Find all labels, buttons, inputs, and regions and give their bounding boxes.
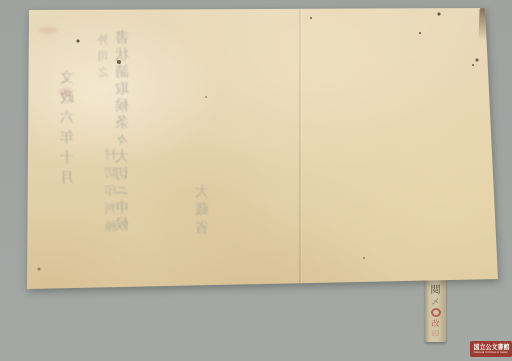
top-right-edge-stain [478,8,487,42]
document-shadow-wrap: 書状請取候条々大切ニ申候 外司之 村切印判極 文政六年十月 大蔵省 [0,0,512,361]
show-through-text-column-agency: 大蔵省 [196,184,210,238]
show-through-text-column-upper: 外司之 [98,34,109,82]
photo-stage: 閲 乄 改 印 書状請取候条々大切ニ申候 外司之 村切印判極 文政六年十月 大蔵… [0,0,512,361]
document-paper: 書状請取候条々大切ニ申候 外司之 村切印判極 文政六年十月 大蔵省 [0,0,512,361]
show-through-text-column-main: 書状請取候条々大切ニ申候 [116,30,130,234]
show-through-text-column-date: 文政六年十月 [61,70,75,190]
pink-stain [38,27,58,34]
paper-specks [0,0,2,2]
national-archives-stamp: 国立公文書館 National Archives of Japan [470,341,512,357]
stamp-subtitle-text: National Archives of Japan [474,351,508,354]
center-fold-crease [299,8,301,290]
show-through-text-column-sub: 村切印判極 [105,148,117,238]
